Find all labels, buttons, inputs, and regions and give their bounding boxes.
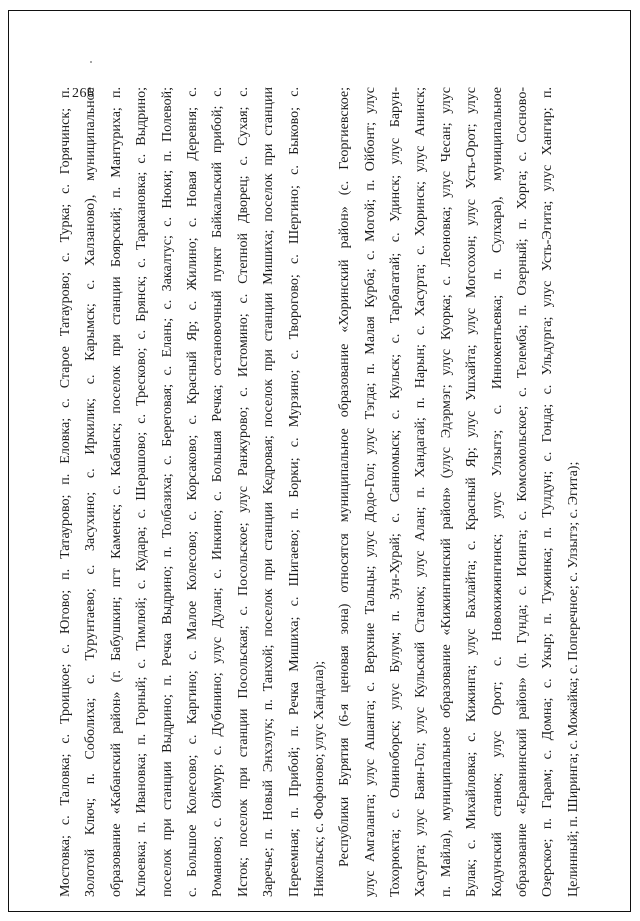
text-line: Золотой Ключ; п. Соболиха; с. Турунтаево… [78,87,103,897]
text-line: Хасурта; улус Баян-Гол; улус Кульский Ст… [408,87,433,897]
scan-speck [90,61,92,63]
text-line: Булак; с. Михайловка; с. Кижинга; улус Б… [459,87,484,897]
scanned-page: 266 Мостовка; с. Таловка; с. Троицкое; с… [0,0,640,921]
text-line: п. Майла), муниципальное образование «Ки… [434,87,459,897]
text-line: Целинный; п. Ширинга; с. Можайка; с. Поп… [561,87,586,897]
text-line: Исток; поселок при станции Посольская; с… [231,87,256,897]
rotated-text-block: Мостовка; с. Таловка; с. Троицкое; с. Юг… [53,87,587,897]
text-line: поселок при станции Выдрино; п. Речка Вы… [155,87,180,897]
text-line: образование «Кабанский район» (г. Бабушк… [104,87,129,897]
text-line: Кодунский станок; улус Орот; с. Новокижи… [485,87,510,897]
text-line: Тохорюкта; с. Ониноборск; улус Булум; п.… [383,87,408,897]
text-line: улус Амгаланта; улус Ашанга; с. Верхние … [358,87,383,897]
text-line: с. Большое Колесово; с. Каргино; с. Мало… [180,87,205,897]
text-line: образование «Еравнинский район» (п. Гунд… [510,87,535,897]
text-line: Переемная; п. Прибой; п. Речка Мишиха; с… [282,87,307,897]
text-line: Романово; с. Оймур; с. Дубинино; улус Ду… [205,87,230,897]
text-line: Клюевка; п. Ивановка; п. Горный; с. Тимл… [129,87,154,897]
text-line: Заречье; п. Новый Энхэлук; п. Танхой; по… [256,87,281,897]
text-line: Озерское; п. Гарам; с. Домна; с. Укыр; п… [535,87,560,897]
text-line: Мостовка; с. Таловка; с. Троицкое; с. Юг… [53,87,78,897]
text-line: Республики Бурятия (6-я ценовая зона) от… [332,87,357,897]
text-line: Никольск; с. Фофоново; улус Хандала); [307,87,332,897]
